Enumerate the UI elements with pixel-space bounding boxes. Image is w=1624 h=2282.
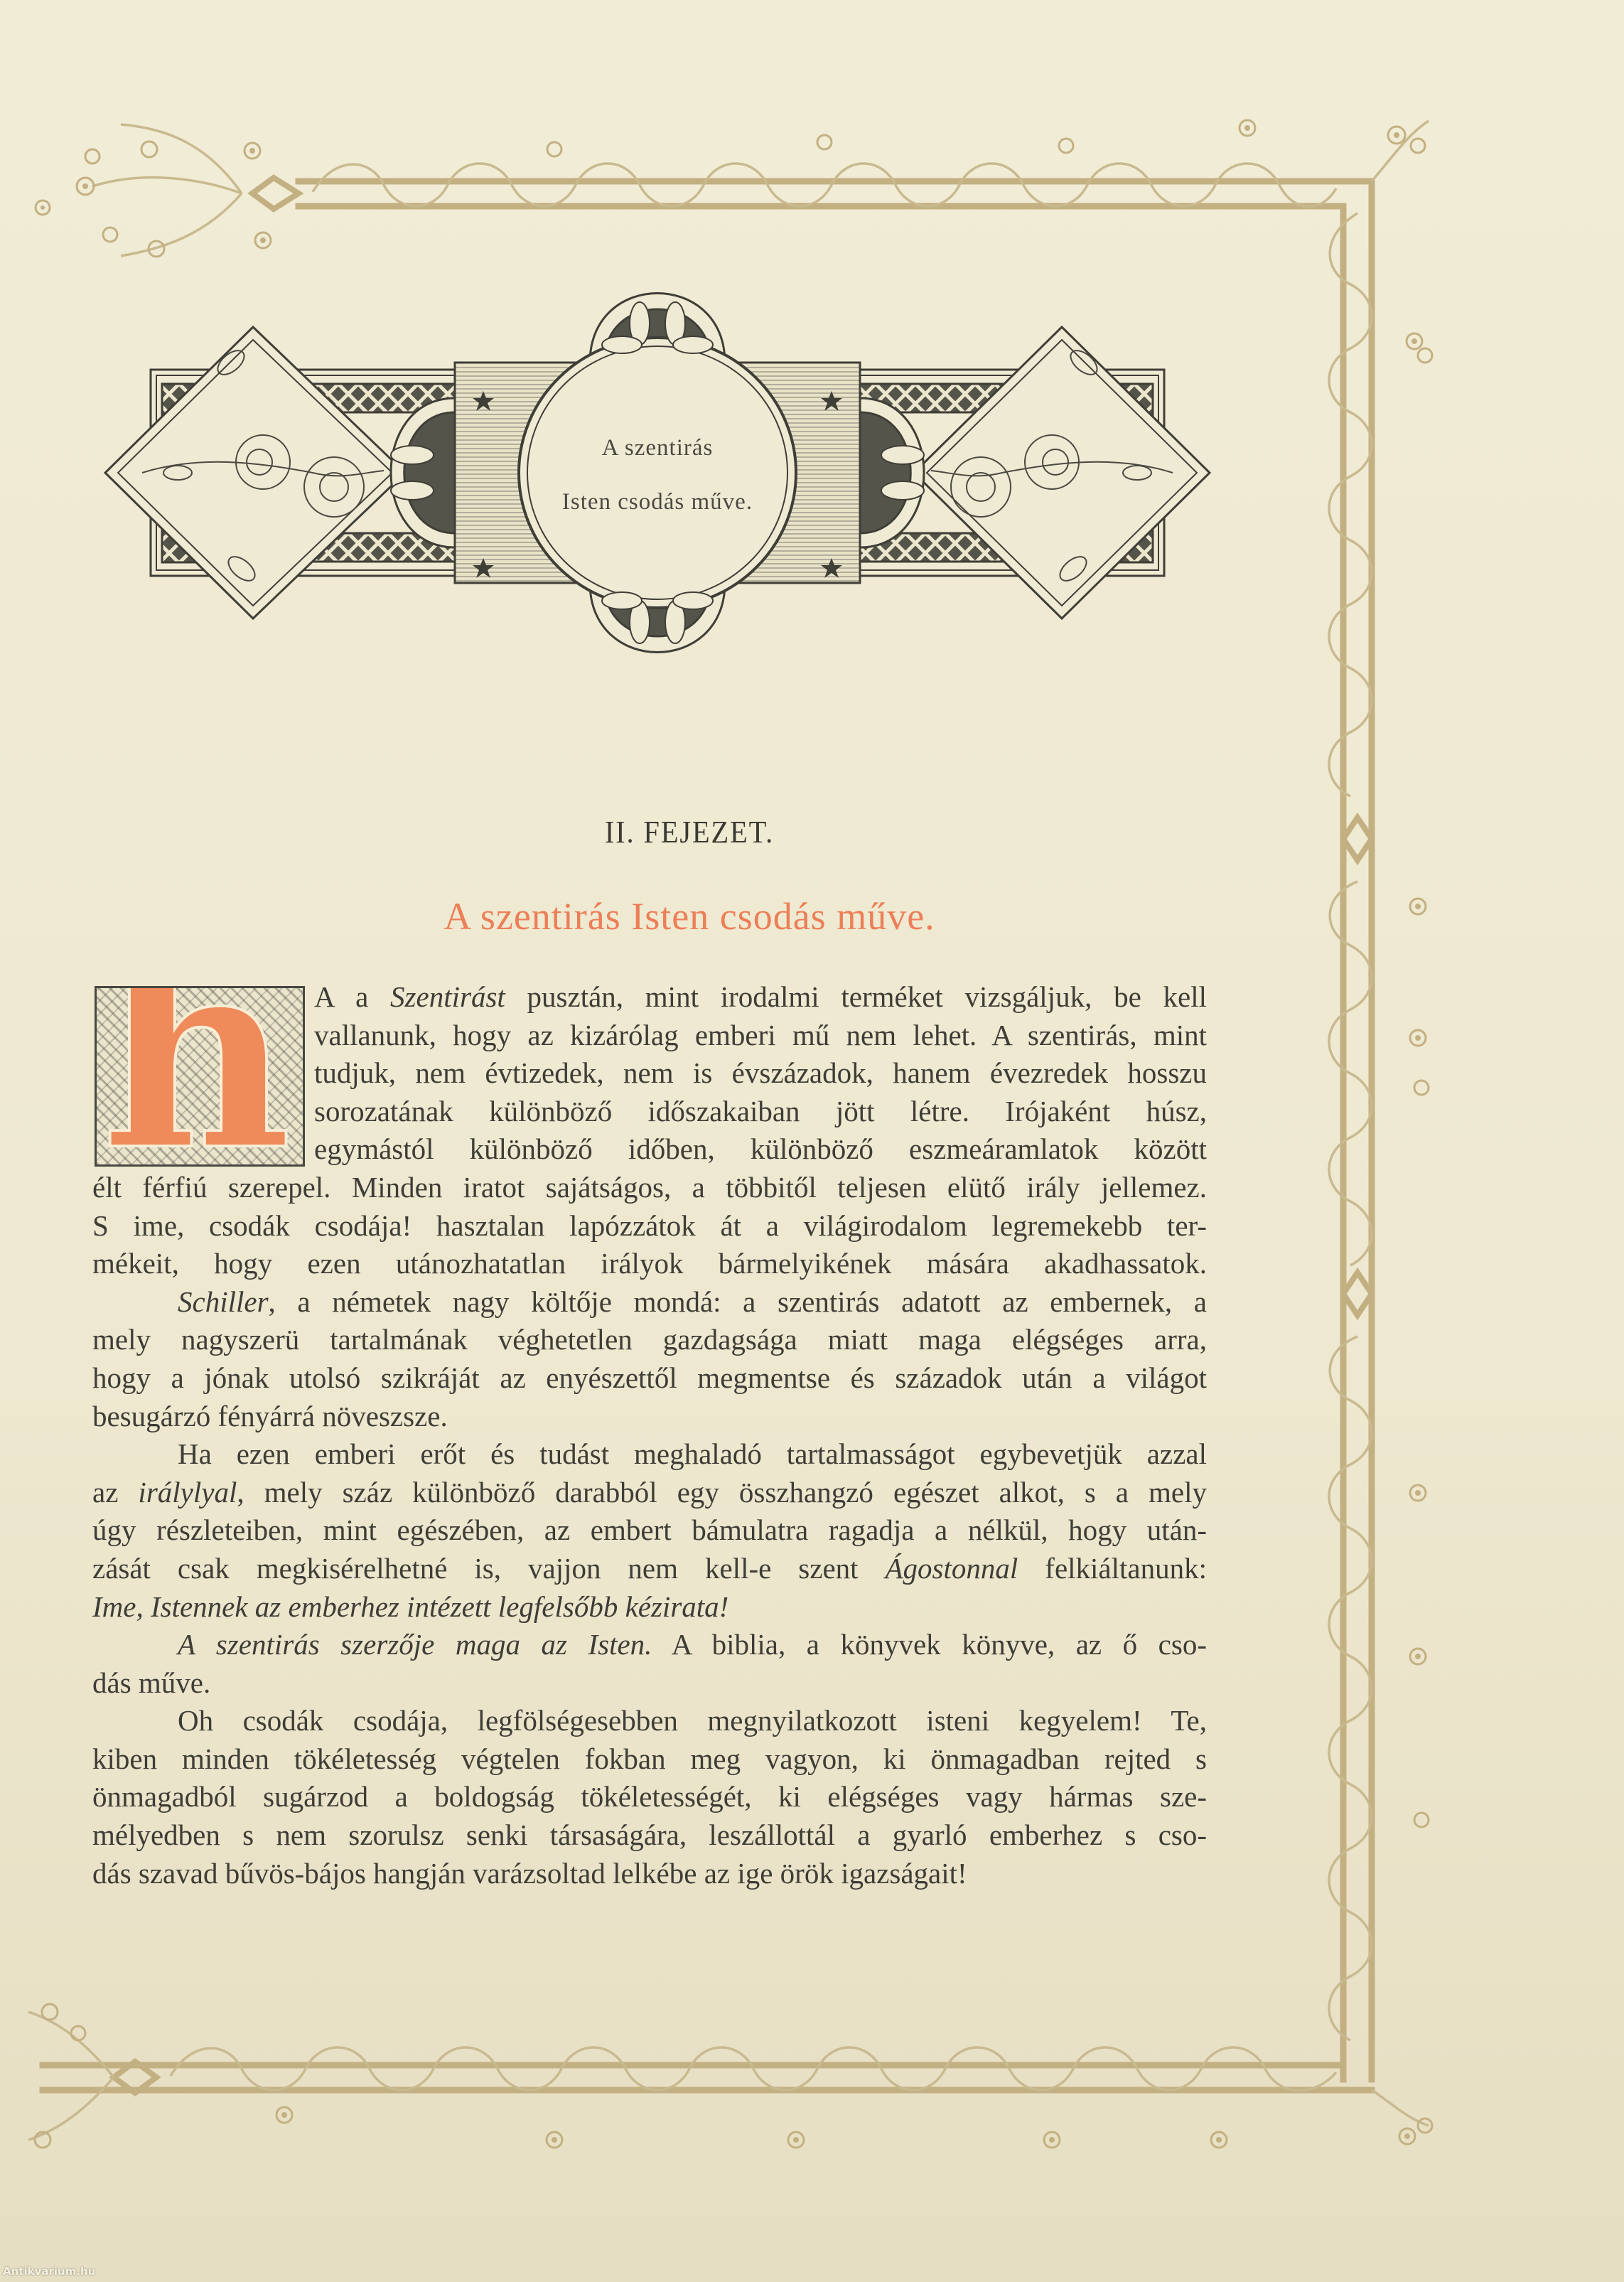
text-line: A a Szentirást pusztán, mint irodalmi te… — [92, 978, 1207, 1017]
text-run: A a — [314, 980, 390, 1013]
text-line: A szentirás szerzője maga az Isten. A bi… — [92, 1626, 1207, 1664]
text-run: , a németek nagy költője mondá: a szenti… — [269, 1285, 1207, 1318]
italic-run: A szentirás szerzője maga az Isten. — [178, 1628, 652, 1661]
text-line: mélyedben s nem szorulsz senki társaságá… — [92, 1816, 1207, 1855]
cartouche-line-1: A szentirás — [100, 435, 1215, 461]
watermark: Antikvarium.hu — [3, 2265, 95, 2278]
italic-run: irálylyal — [138, 1476, 237, 1509]
text-line: Oh csodák csodája, legfölségesebben megn… — [92, 1702, 1207, 1740]
italic-run: Ime, Istennek az emberhez intézett legfe… — [92, 1590, 728, 1623]
cartouche-line-2: Isten csodás művе. — [100, 489, 1215, 515]
text-run: az — [92, 1476, 138, 1509]
italic-run: Szentirást — [390, 980, 505, 1013]
text-run: mely nagyszerü tartalmának véghetetlen g… — [92, 1323, 1207, 1356]
text-line: hogy a jónak utolsó szikráját az enyésze… — [92, 1359, 1207, 1398]
text-run: önmagadból sugárzod a boldogság tökélete… — [92, 1780, 1207, 1813]
text-run: Oh csodák csodája, legfölségesebben megn… — [178, 1704, 1207, 1737]
text-line: élt férfiú szerepel. Minden iratot saját… — [92, 1169, 1207, 1207]
text-line: vallanunk, hogy az kizárólag emberi mű n… — [92, 1017, 1207, 1055]
text-line: Ime, Istennek az emberhez intézett legfe… — [92, 1588, 1207, 1627]
body-text: A a Szentirást pusztán, mint irodalmi te… — [92, 978, 1207, 1892]
text-run: Ha ezen emberi erőt és tudást meghaladó … — [178, 1437, 1207, 1470]
text-line: úgy részleteiben, mint egészében, az emb… — [92, 1511, 1207, 1550]
text-run: felkiáltanunk: — [1018, 1552, 1207, 1585]
italic-run: Ágostonnal — [886, 1552, 1018, 1585]
text-run: élt férfiú szerepel. Minden iratot saját… — [92, 1171, 1207, 1204]
text-run: mékeit, hogy ezen utánozhatatlan irályok… — [92, 1247, 1207, 1280]
text-run: sorozatának különböző időszakaiban jött … — [314, 1095, 1207, 1127]
text-line: önmagadból sugárzod a boldogság tökélete… — [92, 1778, 1207, 1816]
text-line: Schiller, a németek nagy költője mondá: … — [92, 1283, 1207, 1322]
text-line: dás műve. — [92, 1664, 1207, 1703]
text-line: egymástól különböző időben, különböző es… — [92, 1130, 1207, 1169]
text-line: Ha ezen emberi erőt és tudást meghaladó … — [92, 1435, 1207, 1474]
text-run: mélyedben s nem szorulsz senki társaságá… — [92, 1818, 1207, 1851]
text-run: besugárzó fényárrá növeszsze. — [92, 1400, 448, 1432]
text-run: tudjuk, nem évtizedek, nem is évszázadok… — [314, 1056, 1207, 1089]
text-run: úgy részleteiben, mint egészében, az emb… — [92, 1514, 1207, 1546]
floral-cartouche-icon — [100, 284, 1215, 682]
text-line: S ime, csodák csodája! hasztalan lapózzá… — [92, 1207, 1207, 1246]
text-line: az irálylyal, mely száz különböző darabb… — [92, 1474, 1207, 1512]
text-line: mékeit, hogy ezen utánozhatatlan irályok… — [92, 1245, 1207, 1283]
text-run: egymástól különböző időben, különböző es… — [314, 1132, 1207, 1165]
text-run: vallanunk, hogy az kizárólag emberi mű n… — [314, 1019, 1207, 1051]
text-run: dás műve. — [92, 1666, 210, 1699]
text-run: zását csak megkisérelhetné is, vajjon ne… — [92, 1552, 886, 1585]
text-line: zását csak megkisérelhetné is, vajjon ne… — [92, 1550, 1207, 1588]
italic-run: Schiller — [178, 1285, 269, 1318]
title-cartouche: A szentirás Isten csodás művе. — [100, 284, 1215, 682]
text-run: hogy a jónak utolsó szikráját az enyésze… — [92, 1361, 1207, 1394]
text-run: S ime, csodák csodája! hasztalan lapózzá… — [92, 1209, 1207, 1242]
text-line: besugárzó fényárrá növeszsze. — [92, 1398, 1207, 1436]
text-line: tudjuk, nem évtizedek, nem is évszázadok… — [92, 1054, 1207, 1093]
text-line: mely nagyszerü tartalmának véghetetlen g… — [92, 1321, 1207, 1359]
text-run: dás szavad bűvös-bájos hangján varázsolt… — [92, 1857, 967, 1890]
text-line: sorozatának különböző időszakaiban jött … — [92, 1093, 1207, 1131]
text-run: kiben minden tökéletesség végtelen fokba… — [92, 1742, 1207, 1775]
text-run: A biblia, a könyvek könyve, az ő cso- — [652, 1628, 1207, 1661]
text-run: , mely száz különböző darabból egy összh… — [237, 1476, 1207, 1509]
text-run: pusztán, mint irodalmi terméket vizsgálj… — [505, 980, 1207, 1013]
chapter-title: A szentirás Isten csodás műve. — [0, 894, 1379, 938]
text-line: kiben minden tökéletesség végtelen fokba… — [92, 1740, 1207, 1779]
text-line: dás szavad bűvös-bájos hangján varázsolt… — [92, 1855, 1207, 1893]
chapter-label: II. FEJEZET. — [55, 814, 1324, 850]
